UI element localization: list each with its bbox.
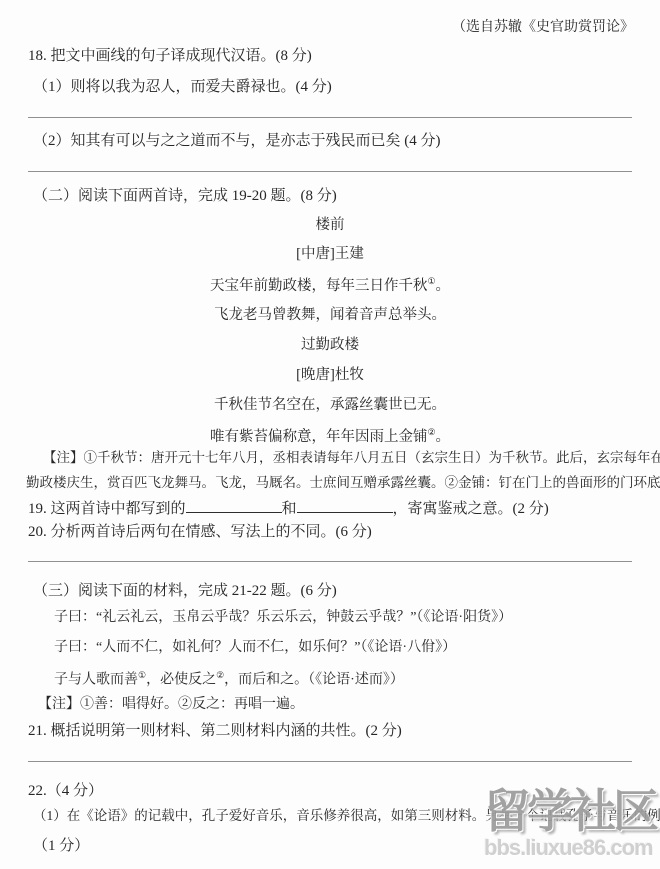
poem2-line2: 唯有紫苔偏称意，年年因雨上金铺②。 bbox=[0, 427, 660, 446]
exam-paper-page: （选自苏辙《史官助赏罚论》 18. 把文中画线的句子译成现代汉语。(8 分) （… bbox=[0, 0, 660, 869]
answer-rule bbox=[28, 171, 632, 172]
material-3: 子与人歌而善①，必使反之②，而后和之。（《论语·述而》） bbox=[54, 670, 404, 689]
question-18-stem: 18. 把文中画线的句子译成现代汉语。(8 分) bbox=[28, 47, 312, 65]
footnote-marker-1: ① bbox=[138, 670, 146, 680]
material-3-p3: ，而后和之。（《论语·述而》） bbox=[224, 673, 404, 688]
question-19: 19. 这两首诗中都写到的和，寄寓鉴戒之意。(2 分) bbox=[28, 498, 549, 518]
question-20: 20. 分析两首诗后两句在情感、写法上的不同。(6 分) bbox=[28, 523, 372, 541]
question-21: 21. 概括说明第一则材料、第二则材料内涵的共性。(2 分) bbox=[28, 722, 402, 740]
footnote-marker-2: ② bbox=[216, 670, 224, 680]
poem2-author: [晚唐]杜牧 bbox=[0, 367, 660, 384]
poem2-line1: 千秋佳节名空在，承露丝囊世已无。 bbox=[0, 397, 660, 414]
footnote-marker-2: ② bbox=[427, 427, 435, 437]
poem1-line2: 飞龙老马曾教舞，闻着音声总举头。 bbox=[0, 307, 660, 324]
question-22-score: （1 分） bbox=[33, 837, 89, 855]
material-1: 子曰：“礼云礼云，玉帛云乎哉？乐云乐云，钟鼓云乎哉？”（《论语·阳货》） bbox=[54, 610, 512, 627]
poems-note-line2: 勤政楼庆生，赏百匹飞龙舞马。飞龙，马厩名。士庶间互赠承露丝囊。②金铺：钉在门上的… bbox=[26, 475, 660, 491]
poem2-title: 过勤政楼 bbox=[0, 337, 660, 354]
question-19-post: ，寄寓鉴戒之意。(2 分) bbox=[393, 501, 549, 517]
question-22-stem: 22.（4 分） bbox=[28, 782, 103, 800]
poem1-line1-tail: 。 bbox=[436, 278, 451, 294]
watermark-url: bbs.liuxue86.com bbox=[484, 835, 660, 861]
fill-in-blank bbox=[186, 498, 282, 513]
poem1-author: [中唐]王建 bbox=[0, 246, 660, 263]
question-19-mid: 和 bbox=[282, 501, 297, 517]
answer-rule bbox=[28, 561, 632, 562]
poem1-title: 楼前 bbox=[0, 217, 660, 234]
fill-in-blank bbox=[297, 498, 393, 513]
site-watermark: 留学社区 bbs.liuxue86.com bbox=[484, 788, 660, 861]
question-18-part1: （1）则将以我为忍人，而爱夫爵禄也。(4 分) bbox=[33, 78, 332, 96]
material-3-p2: ，必使反之 bbox=[146, 673, 216, 688]
section-2-header: （二）阅读下面两首诗，完成 19-20 题。(8 分) bbox=[33, 187, 337, 205]
question-19-pre: 19. 这两首诗中都写到的 bbox=[28, 501, 186, 517]
poem1-line1: 天宝年前勤政楼，每年三日作千秋①。 bbox=[0, 276, 660, 295]
answer-rule bbox=[28, 761, 632, 762]
poem1-line1-text: 天宝年前勤政楼，每年三日作千秋 bbox=[210, 278, 428, 294]
section-3-header: （三）阅读下面的材料，完成 21-22 题。(6 分) bbox=[33, 582, 337, 600]
answer-rule bbox=[28, 117, 632, 118]
material-2: 子曰：“人而不仁，如礼何？人而不仁，如乐何？”（《论语·八佾》） bbox=[54, 640, 456, 657]
source-attribution: （选自苏辙《史官助赏罚论》 bbox=[452, 16, 634, 36]
watermark-logo-text: 留学社区 bbox=[484, 788, 660, 834]
question-18-part2: （2）知其有可以与之之道而不与，是亦志于残民而已矣 (4 分) bbox=[33, 132, 441, 150]
materials-note: 【注】①善：唱得好。②反之：再唱一遍。 bbox=[38, 697, 304, 714]
poem2-line2-tail: 。 bbox=[436, 429, 451, 445]
material-3-p1: 子与人歌而善 bbox=[54, 673, 138, 688]
footnote-marker-1: ① bbox=[427, 276, 435, 286]
poem2-line2-text: 唯有紫苔偏称意，年年因雨上金铺 bbox=[210, 429, 428, 445]
poems-note-line1: 【注】①千秋节：唐开元十七年八月，丞相表请每年八月五日（玄宗生日）为千秋节。此后… bbox=[43, 450, 660, 466]
